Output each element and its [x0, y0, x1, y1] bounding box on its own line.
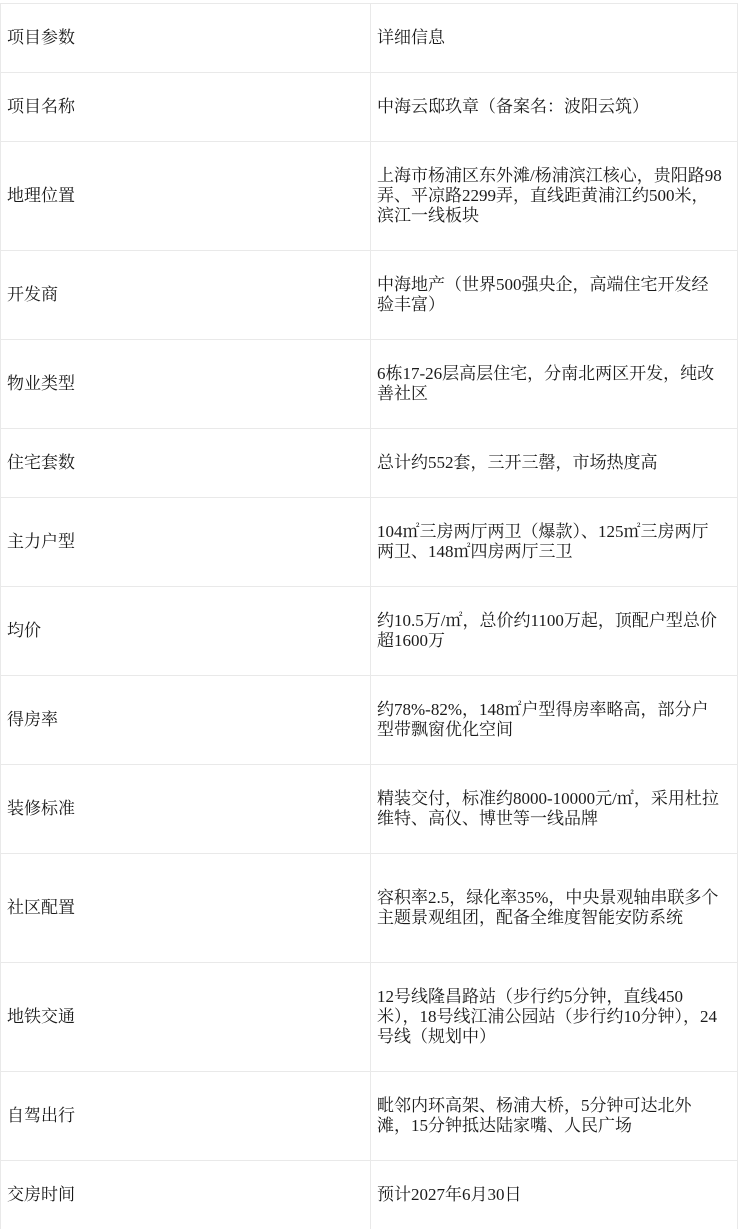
value-cell: 约78%-82%，148㎡户型得房率略高，部分户型带飘窗优化空间 [371, 676, 738, 765]
param-cell: 主力户型 [1, 498, 371, 587]
value-cell: 约10.5万/㎡，总价约1100万起，顶配户型总价超1600万 [371, 587, 738, 676]
value-cell: 中海地产（世界500强央企，高端住宅开发经验丰富） [371, 251, 738, 340]
param-cell: 物业类型 [1, 340, 371, 429]
param-cell: 装修标准 [1, 765, 371, 854]
param-cell: 地铁交通 [1, 963, 371, 1072]
param-cell: 自驾出行 [1, 1072, 371, 1161]
param-cell: 得房率 [1, 676, 371, 765]
project-info-table: 项目参数 详细信息 项目名称 中海云邸玖章（备案名：波阳云筑） 地理位置 上海市… [0, 3, 738, 1229]
value-cell: 104㎡三房两厅两卫（爆款）、125㎡三房两厅两卫、148㎡四房两厅三卫 [371, 498, 738, 587]
table-row: 地理位置 上海市杨浦区东外滩/杨浦滨江核心，贵阳路98弄、平凉路2299弄，直线… [1, 142, 738, 251]
table-row: 住宅套数 总计约552套，三开三罄，市场热度高 [1, 429, 738, 498]
param-cell: 均价 [1, 587, 371, 676]
table-row: 社区配置 容积率2.5，绿化率35%，中央景观轴串联多个主题景观组团，配备全维度… [1, 854, 738, 963]
table-row: 均价 约10.5万/㎡，总价约1100万起，顶配户型总价超1600万 [1, 587, 738, 676]
value-cell: 总计约552套，三开三罄，市场热度高 [371, 429, 738, 498]
param-cell: 住宅套数 [1, 429, 371, 498]
param-cell: 社区配置 [1, 854, 371, 963]
param-cell: 地理位置 [1, 142, 371, 251]
value-cell: 12号线隆昌路站（步行约5分钟，直线450米），18号线江浦公园站（步行约10分… [371, 963, 738, 1072]
param-cell: 项目名称 [1, 73, 371, 142]
value-cell: 精装交付，标准约8000-10000元/㎡，采用杜拉维特、高仪、博世等一线品牌 [371, 765, 738, 854]
table-row: 物业类型 6栋17-26层高层住宅，分南北两区开发，纯改善社区 [1, 340, 738, 429]
table-row: 交房时间 预计2027年6月30日 [1, 1161, 738, 1229]
value-cell: 容积率2.5，绿化率35%，中央景观轴串联多个主题景观组团，配备全维度智能安防系… [371, 854, 738, 963]
table-row: 主力户型 104㎡三房两厅两卫（爆款）、125㎡三房两厅两卫、148㎡四房两厅三… [1, 498, 738, 587]
header-value-cell: 详细信息 [371, 4, 738, 73]
table-row: 装修标准 精装交付，标准约8000-10000元/㎡，采用杜拉维特、高仪、博世等… [1, 765, 738, 854]
value-cell: 预计2027年6月30日 [371, 1161, 738, 1229]
table-row: 地铁交通 12号线隆昌路站（步行约5分钟，直线450米），18号线江浦公园站（步… [1, 963, 738, 1072]
param-cell: 交房时间 [1, 1161, 371, 1229]
value-cell: 毗邻内环高架、杨浦大桥，5分钟可达北外滩，15分钟抵达陆家嘴、人民广场 [371, 1072, 738, 1161]
table-row: 项目名称 中海云邸玖章（备案名：波阳云筑） [1, 73, 738, 142]
table-row: 得房率 约78%-82%，148㎡户型得房率略高，部分户型带飘窗优化空间 [1, 676, 738, 765]
header-param-cell: 项目参数 [1, 4, 371, 73]
table-row: 自驾出行 毗邻内环高架、杨浦大桥，5分钟可达北外滩，15分钟抵达陆家嘴、人民广场 [1, 1072, 738, 1161]
page: 项目参数 详细信息 项目名称 中海云邸玖章（备案名：波阳云筑） 地理位置 上海市… [0, 0, 740, 1229]
table-header-row: 项目参数 详细信息 [1, 4, 738, 73]
value-cell: 6栋17-26层高层住宅，分南北两区开发，纯改善社区 [371, 340, 738, 429]
value-cell: 上海市杨浦区东外滩/杨浦滨江核心，贵阳路98弄、平凉路2299弄，直线距黄浦江约… [371, 142, 738, 251]
param-cell: 开发商 [1, 251, 371, 340]
table-row: 开发商 中海地产（世界500强央企，高端住宅开发经验丰富） [1, 251, 738, 340]
value-cell: 中海云邸玖章（备案名：波阳云筑） [371, 73, 738, 142]
